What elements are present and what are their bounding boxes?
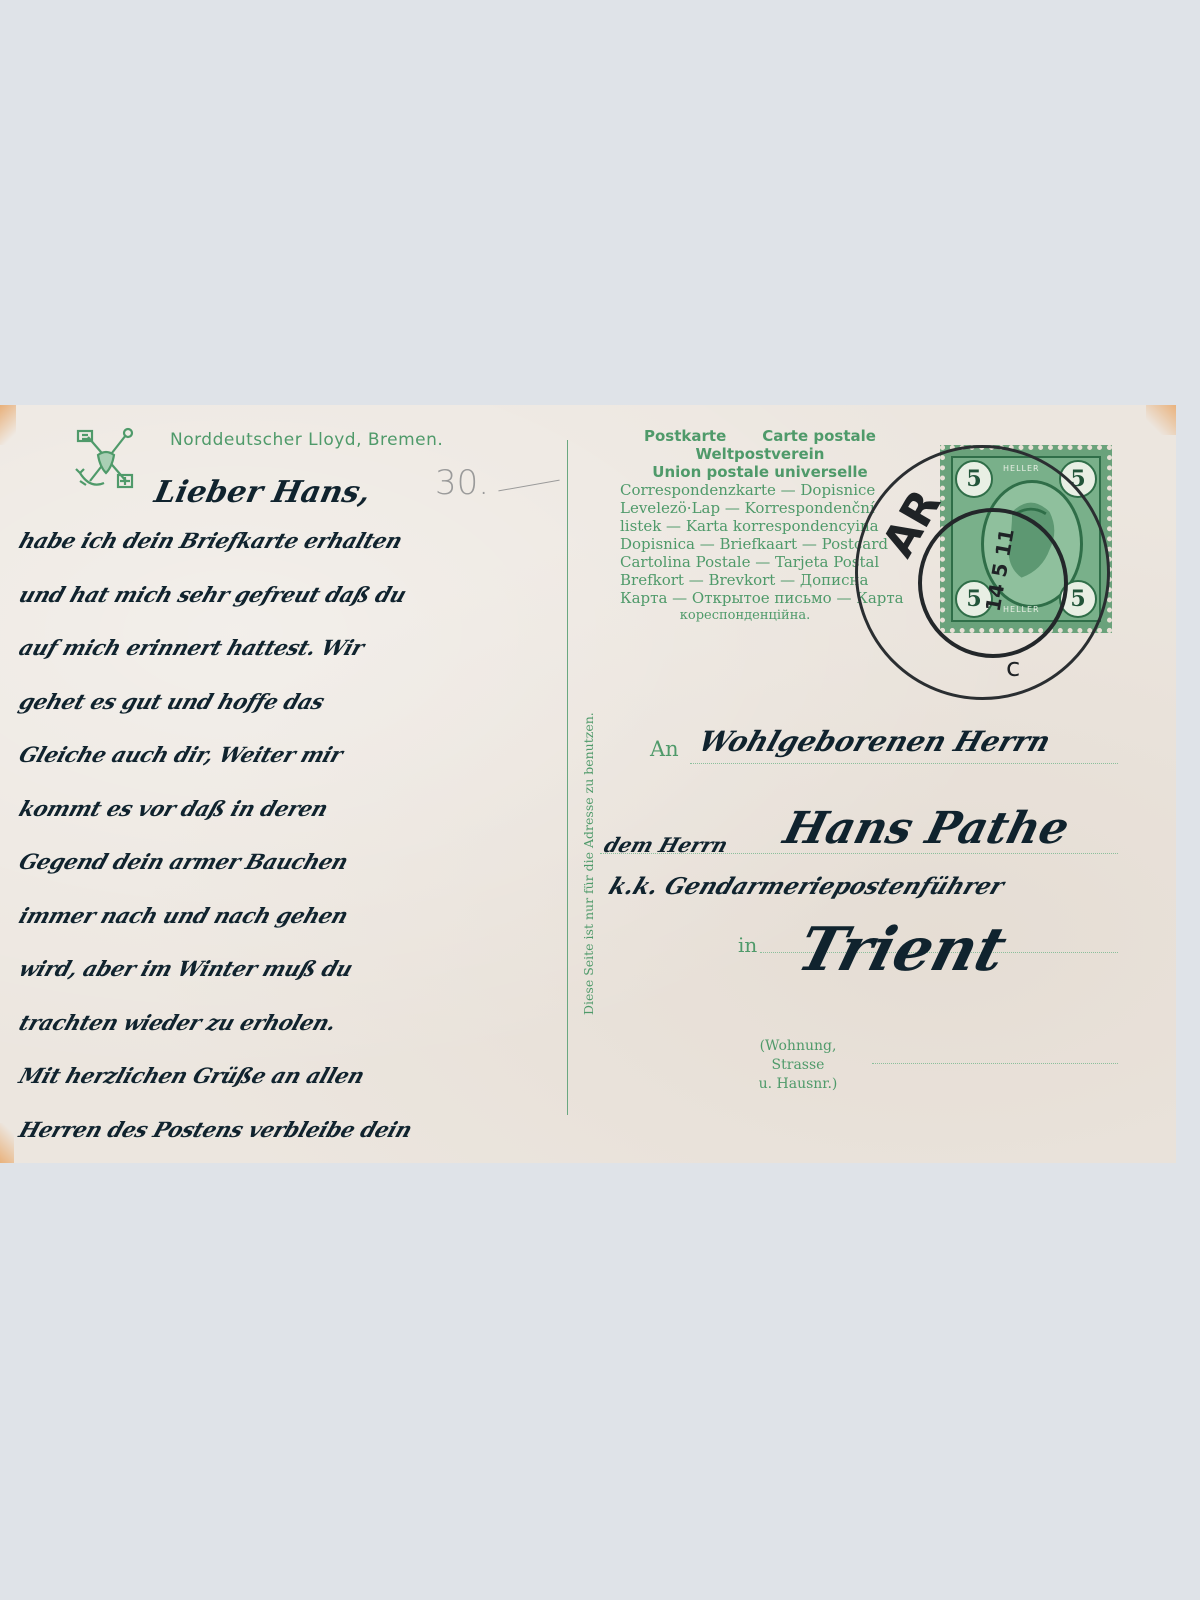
letter-line: Gegend dein armer Bauchen xyxy=(11,835,573,889)
age-stain xyxy=(0,1123,14,1163)
recipient-name: Hans Pathe xyxy=(779,803,1075,854)
address-salutation: Wohlgeborenen Herrn xyxy=(695,725,1055,758)
age-stain xyxy=(0,405,16,445)
postcard: Norddeutscher Lloyd, Bremen. 30. Diese S… xyxy=(0,405,1176,1163)
address-line-1 xyxy=(690,763,1118,764)
in-label: in xyxy=(738,933,757,957)
letter-line: und hat mich sehr gefreut daß du xyxy=(11,568,573,622)
recipient-title: k.k. Gendarmeriepostenführer xyxy=(605,873,1008,900)
age-stain xyxy=(1146,405,1176,435)
title-german: Postkarte xyxy=(644,427,726,445)
stamp-and-postmark: 5 5 5 5 HELLER HELLER AR c 14 5 11 xyxy=(855,433,1135,713)
letter-line: trachten wieder zu erholen. xyxy=(11,996,573,1050)
address-side-notice: Diese Seite ist nur für die Adresse zu b… xyxy=(581,712,596,1015)
letter-line: gehet es gut und hoffe das xyxy=(11,675,573,729)
language-title-line: кореспонденційна. xyxy=(620,607,870,625)
recipient-city: Trient xyxy=(791,915,1014,985)
letter-line: habe ich dein Briefkarte erhalten xyxy=(11,514,573,568)
address-prefix: dem Herrn xyxy=(601,833,731,857)
postmark-circle: AR c 14 5 11 xyxy=(855,445,1110,700)
letter-line: aufrichtig. Frd. Anton Cappelletti. xyxy=(11,1156,573,1163)
letter-line: Gleiche auch dir, Weiter mir xyxy=(11,728,573,782)
letter-greeting: Lieber Hans, xyxy=(151,475,568,510)
publisher-name: Norddeutscher Lloyd, Bremen. xyxy=(170,430,443,450)
to-label: An xyxy=(650,737,679,761)
letter-line: Mit herzlichen Grüße an allen xyxy=(11,1049,573,1103)
letter-line: immer nach und nach gehen xyxy=(11,889,573,943)
letter-body: habe ich dein Briefkarte erhaltenund hat… xyxy=(20,514,565,1163)
street-label: (Wohnung, Strasse u. Hausnr.) xyxy=(748,1037,848,1094)
handwritten-message: Lieber Hans, habe ich dein Briefkarte er… xyxy=(20,475,565,1163)
letter-line: kommt es vor daß in deren xyxy=(11,782,573,836)
postmark-code: c xyxy=(1006,653,1020,683)
letter-line: Herren des Postens verbleibe dein xyxy=(11,1103,573,1157)
address-line-street xyxy=(872,1063,1118,1064)
letter-line: auf mich erinnert hattest. Wir xyxy=(11,621,573,675)
letter-line: wird, aber im Winter muß du xyxy=(11,942,573,996)
